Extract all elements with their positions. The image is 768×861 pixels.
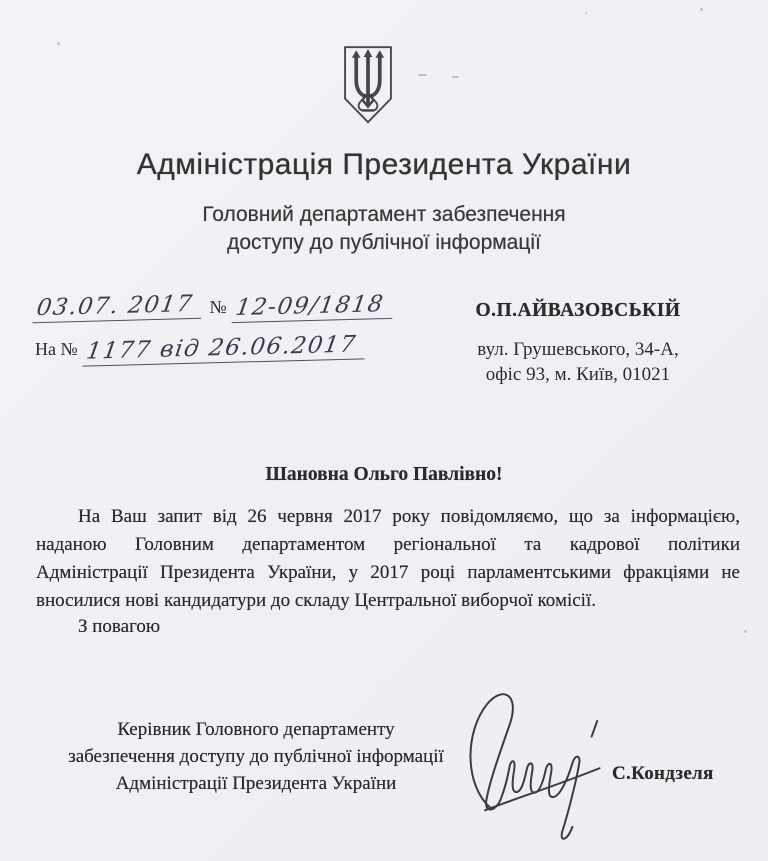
recipient-address-line2: офіс 93, м. Київ, 01021 [408,364,748,386]
recipient-address-line1: вул. Грушевського, 34-А, [408,339,748,361]
body-line: наданою Головним департаментом регіональ… [36,531,740,559]
ukraine-trident-shield-icon [337,42,399,128]
scan-speck [418,74,427,76]
outgoing-date-handwritten: 03.07. 2017 [33,291,205,323]
scan-speck [744,630,747,633]
scan-speck [452,76,459,78]
outgoing-reference-row: 03.07. 2017 № 12-09/1818 [35,293,393,321]
department-subtitle-line1: Головний департамент забезпечення [0,203,768,227]
reply-reference-row: На № 1177 від 26.06.2017 [35,335,365,363]
signer-title-line2: забезпечення доступу до публічної інформ… [40,743,472,770]
scan-speck [585,12,587,14]
scanned-letter-page: Адміністрація Президента України Головни… [0,0,768,861]
organization-title: Адміністрація Президента України [0,148,768,182]
outgoing-number-handwritten: 12-09/1818 [231,291,395,323]
signer-name: С.Кондзеля [612,763,714,785]
body-line: вносилися нові кандидатури до складу Цен… [36,587,740,615]
reply-reference-label: На № [35,339,78,360]
signer-title-block: Керівник Головного департаменту забезпеч… [40,716,472,797]
number-sign-label: № [210,297,227,318]
body-paragraph: На Ваш запит від 26 червня 2017 року пов… [36,503,740,615]
signer-title-line3: Адміністрації Президента України [40,770,472,797]
scan-speck [57,42,60,45]
signer-title-line1: Керівник Головного департаменту [40,716,472,743]
department-subtitle-line2: доступу до публічної інформації [0,231,768,255]
salutation: Шановна Ольго Павлівно! [0,464,768,486]
scan-speck [700,8,703,11]
body-line: На Ваш запит від 26 червня 2017 року пов… [36,503,740,531]
recipient-block: О.П.АЙВАЗОВСЬКІЙ вул. Грушевського, 34-А… [408,300,748,386]
reply-reference-handwritten: 1177 від 26.06.2017 [82,331,368,366]
body-line: Адміністрації Президента України, у 2017… [36,559,740,587]
recipient-name: О.П.АЙВАЗОВСЬКІЙ [408,300,748,322]
closing-phrase: З повагою [78,616,160,638]
handwritten-signature-scribble [452,682,620,852]
